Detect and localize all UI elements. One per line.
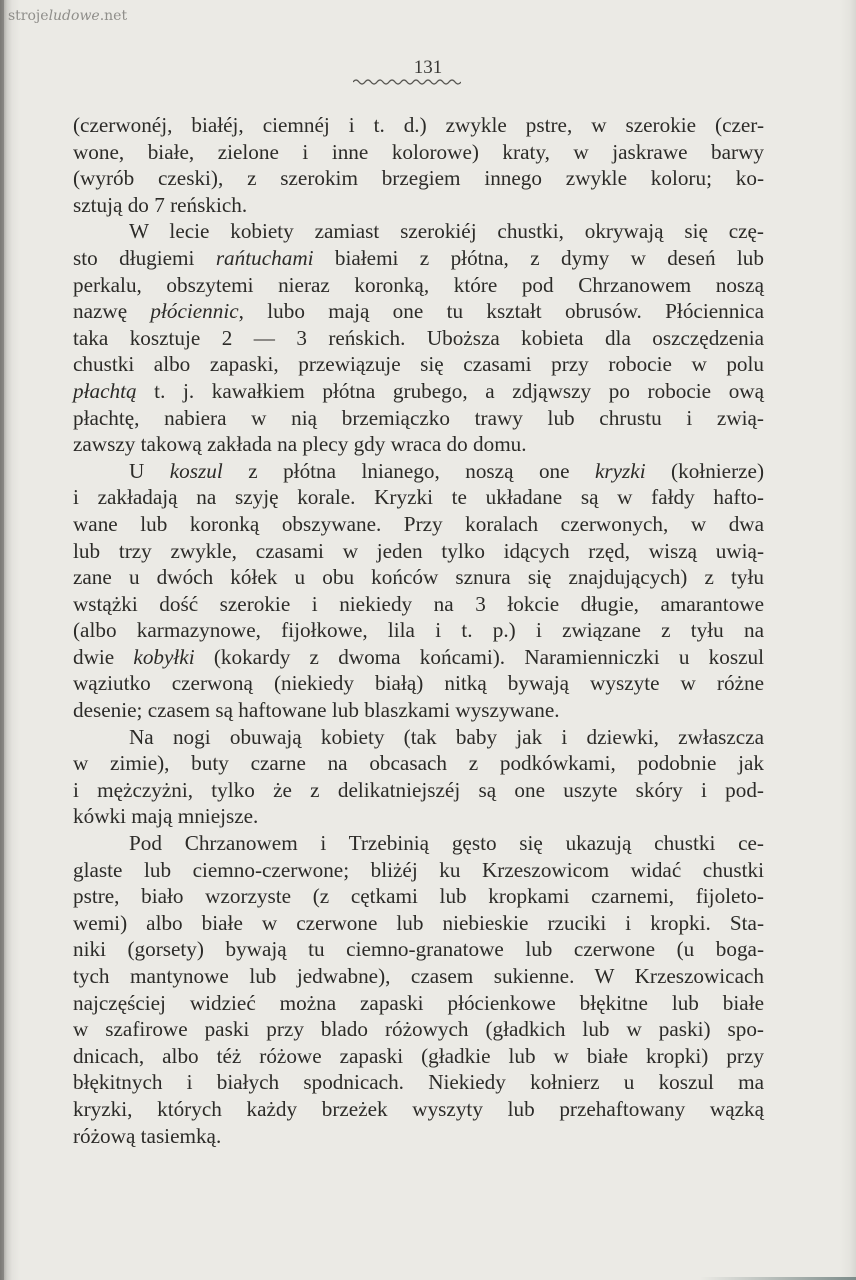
wavy-rule-ornament [353, 78, 461, 86]
text-run: i zakładają na szyję korale. Kryzki te u… [73, 485, 764, 509]
text-run: wemi) albo białe w czerwone lub niebiesk… [73, 911, 764, 935]
text-run: płachtę, nabiera w nią brzemiączko trawy… [73, 406, 764, 430]
text-run: dnicach, albo téż różowe zapaski (gładki… [73, 1044, 764, 1068]
text-run: tych mantynowe lub jedwabne), czasem suk… [73, 964, 764, 988]
text-line: wone, białe, zielone i inne kolorowe) kr… [73, 139, 764, 166]
text-line: desenie; czasem są haftowane lub blaszka… [73, 697, 764, 724]
text-run: chustki albo zapaski, przewiązuje się cz… [73, 352, 764, 376]
text-run: sztują do 7 reńskich. [73, 193, 247, 217]
text-line: kówki mają mniejsze. [73, 803, 764, 830]
watermark-italic: ludowe [49, 8, 100, 24]
paragraph: Pod Chrzanowem i Trzebinią gęsto się uka… [73, 830, 764, 1149]
text-line: dnicach, albo téż różowe zapaski (gładki… [73, 1043, 764, 1070]
text-line: wstążki dość szerokie i niekiedy na 3 ło… [73, 591, 764, 618]
text-run: Pod Chrzanowem i Trzebinią gęsto się uka… [129, 831, 764, 855]
paragraph: Na nogi obuwają kobiety (tak baby jak i … [73, 724, 764, 830]
text-run: błękitnych i białych spodnicach. Niekied… [73, 1070, 764, 1094]
text-line: sztują do 7 reńskich. [73, 192, 764, 219]
text-run: i mężczyżni, tylko że z delikatniejszéj … [73, 778, 764, 802]
text-run: zawszy takową zakłada na plecy gdy wraca… [73, 432, 527, 456]
text-run: perkalu, obszytemi nieraz koronką, które… [73, 273, 764, 297]
text-line: wąziutko czerwoną (niekiedy białą) nitką… [73, 670, 764, 697]
text-line: (czerwonéj, białéj, ciemnéj i t. d.) zwy… [73, 112, 764, 139]
page-number: 131 [0, 57, 856, 79]
text-line: dwie kobyłki (kokardy z dwoma końcami). … [73, 644, 764, 671]
text-run: glaste lub ciemno-czerwone; bliżéj ku Kr… [73, 858, 764, 882]
text-run: wąziutko czerwoną (niekiedy białą) nitką… [73, 671, 764, 695]
text-line: w zimie), buty czarne na obcasach z podk… [73, 750, 764, 777]
site-watermark: strojeludowe.net [8, 8, 127, 24]
text-run: białemi z płótna, z dymy w deseń lub [314, 246, 764, 270]
text-line: tych mantynowe lub jedwabne), czasem suk… [73, 963, 764, 990]
text-run: U [129, 459, 170, 483]
text-line: zane u dwóch kółek u obu końców sznura s… [73, 564, 764, 591]
text-run: (wyrób czeski), z szerokim brzegiem inne… [73, 166, 764, 190]
text-run: dwie [73, 645, 133, 669]
watermark-suffix: .net [100, 8, 127, 24]
paragraph: (czerwonéj, białéj, ciemnéj i t. d.) zwy… [73, 112, 764, 218]
text-line: płachtą t. j. kawałkiem płótna grubego, … [73, 378, 764, 405]
text-run: taka kosztuje 2 — 3 reńskich. Uboższa ko… [73, 326, 764, 350]
text-run: zane u dwóch kółek u obu końców sznura s… [73, 565, 764, 589]
text-line: Na nogi obuwają kobiety (tak baby jak i … [73, 724, 764, 751]
text-run: w szafirowe paski przy blado różowych (g… [73, 1017, 764, 1041]
text-line: lub trzy zwykle, czasami w jeden tylko i… [73, 538, 764, 565]
text-line: niki (gorsety) bywają tu ciemno-granatow… [73, 936, 764, 963]
text-line: (albo karmazynowe, fijołkowe, lila i t. … [73, 617, 764, 644]
italic-term: kobyłki [133, 645, 194, 669]
text-run: wone, białe, zielone i inne kolorowe) kr… [73, 140, 764, 164]
text-line: błękitnych i białych spodnicach. Niekied… [73, 1069, 764, 1096]
text-line: i mężczyżni, tylko że z delikatniejszéj … [73, 777, 764, 804]
text-line: najczęściej widzieć można zapaski płócie… [73, 990, 764, 1017]
text-line: kryzki, których każdy brzeżek wyszyty lu… [73, 1096, 764, 1123]
text-run: w zimie), buty czarne na obcasach z podk… [73, 751, 764, 775]
text-run: (kołnierze) [646, 459, 764, 483]
text-run: najczęściej widzieć można zapaski płócie… [73, 991, 764, 1015]
italic-term: płóciennic [150, 299, 238, 323]
text-line: płachtę, nabiera w nią brzemiączko trawy… [73, 405, 764, 432]
text-line: perkalu, obszytemi nieraz koronką, które… [73, 272, 764, 299]
text-line: wane lub koronką obszywane. Przy koralac… [73, 511, 764, 538]
text-run: kówki mają mniejsze. [73, 804, 258, 828]
text-run: różową tasiemką. [73, 1124, 221, 1148]
italic-term: kryzki [595, 459, 646, 483]
text-line: glaste lub ciemno-czerwone; bliżéj ku Kr… [73, 857, 764, 884]
text-line: różową tasiemką. [73, 1123, 764, 1150]
text-line: wemi) albo białe w czerwone lub niebiesk… [73, 910, 764, 937]
body-text: (czerwonéj, białéj, ciemnéj i t. d.) zwy… [73, 112, 764, 1149]
text-run: wane lub koronką obszywane. Przy koralac… [73, 512, 764, 536]
text-run: (albo karmazynowe, fijołkowe, lila i t. … [73, 618, 764, 642]
text-run: (czerwonéj, białéj, ciemnéj i t. d.) zwy… [73, 113, 764, 137]
text-line: nazwę płóciennic, lubo mają one tu kszta… [73, 298, 764, 325]
text-line: i zakładają na szyję korale. Kryzki te u… [73, 484, 764, 511]
text-line: U koszul z płótna lnianego, noszą one kr… [73, 458, 764, 485]
watermark-prefix: stroje [8, 8, 49, 24]
text-run: lub trzy zwykle, czasami w jeden tylko i… [73, 539, 764, 563]
text-run: , lubo mają one tu kształt obrusów. Płóc… [239, 299, 764, 323]
text-run: wstążki dość szerokie i niekiedy na 3 ło… [73, 592, 764, 616]
text-run: niki (gorsety) bywają tu ciemno-granatow… [73, 937, 764, 961]
text-line: taka kosztuje 2 — 3 reńskich. Uboższa ko… [73, 325, 764, 352]
text-line: sto długiemi rańtuchami białemi z płótna… [73, 245, 764, 272]
text-run: z płótna lnianego, noszą one [223, 459, 595, 483]
text-run: sto długiemi [73, 246, 216, 270]
text-run: W lecie kobiety zamiast szerokiéj chustk… [129, 219, 764, 243]
italic-term: koszul [170, 459, 223, 483]
text-run: (kokardy z dwoma końcami). Naramienniczk… [195, 645, 764, 669]
text-line: (wyrób czeski), z szerokim brzegiem inne… [73, 165, 764, 192]
text-line: pstre, biało wzorzyste (z cętkami lub kr… [73, 883, 764, 910]
text-line: w szafirowe paski przy blado różowych (g… [73, 1016, 764, 1043]
text-run: kryzki, których każdy brzeżek wyszyty lu… [73, 1097, 764, 1121]
italic-term: płachtą [73, 379, 137, 403]
text-run: Na nogi obuwają kobiety (tak baby jak i … [129, 725, 764, 749]
text-run: nazwę [73, 299, 150, 323]
text-line: zawszy takową zakłada na plecy gdy wraca… [73, 431, 764, 458]
paragraph: U koszul z płótna lnianego, noszą one kr… [73, 458, 764, 724]
text-line: W lecie kobiety zamiast szerokiéj chustk… [73, 218, 764, 245]
text-run: pstre, biało wzorzyste (z cętkami lub kr… [73, 884, 764, 908]
text-line: chustki albo zapaski, przewiązuje się cz… [73, 351, 764, 378]
text-run: desenie; czasem są haftowane lub blaszka… [73, 698, 560, 722]
book-gutter-shadow [0, 0, 4, 1280]
paragraph: W lecie kobiety zamiast szerokiéj chustk… [73, 218, 764, 457]
scanned-book-page: strojeludowe.net 131 (czerwonéj, białéj,… [0, 0, 856, 1280]
text-run: t. j. kawałkiem płótna grubego, a zdjąws… [137, 379, 764, 403]
text-line: Pod Chrzanowem i Trzebinią gęsto się uka… [73, 830, 764, 857]
italic-term: rańtuchami [216, 246, 314, 270]
